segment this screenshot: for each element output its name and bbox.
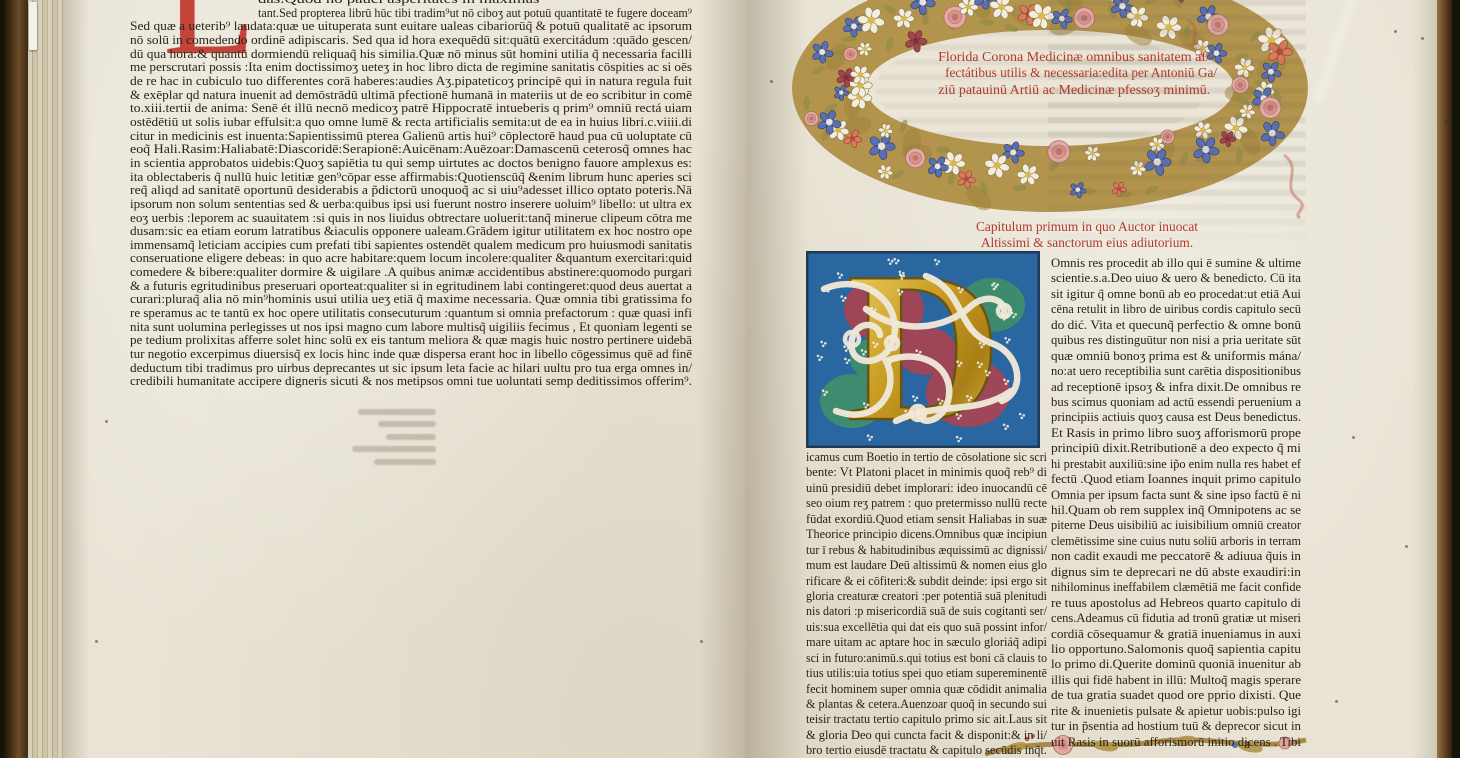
paper-speck — [770, 80, 773, 83]
text-line: quæ omniū bonoʒ prima est & uniformis má… — [1051, 349, 1301, 364]
text-line: curari:pluraq̃ alia nō min⁹hominis usui … — [130, 293, 692, 307]
paper-speck — [700, 640, 703, 643]
text-line: credibili humanitate accipere digneris s… — [130, 375, 692, 389]
paper-speck — [1445, 120, 1448, 123]
text-line: me perscrutari possis :Ita enim doctissi… — [130, 61, 692, 75]
text-line: piterne Deus uisibiliū ac iuisibilium om… — [1051, 518, 1301, 533]
text-line: tur ī rebus & habitudinibus æquissimū ac… — [806, 543, 1047, 558]
text-line: hi prestabit auxiliū:sine ip̃o enim null… — [1051, 457, 1301, 472]
text-line: eoq̃ Hali.Rasim:Haliabatē:Diascoridē:Ser… — [130, 143, 692, 157]
text-line: citur in medicinis est inuenta:Sapientis… — [130, 130, 692, 144]
right-page-column-1: icamus cum Boetio in tertio de cōsolatio… — [806, 450, 1047, 758]
text-line: uinū presidiū debet implorari: ideo inuo… — [806, 481, 1047, 496]
text-line: re speramus ac te tantū ex hoc opere uti… — [130, 307, 692, 321]
text-line: principiis actiuis quoʒ causa est Deus b… — [1051, 410, 1301, 425]
text-line: cens.Adeamus cū fidutia ad tronū gratiæ … — [1051, 611, 1301, 626]
paper-speck — [1335, 700, 1338, 703]
bookmark-tab — [29, 2, 37, 50]
text-line: sit igitur q̃ omne bonū ab eo procedat:u… — [1051, 287, 1301, 302]
text-line: immensamq̃ leticiam accipies cum prefati… — [130, 239, 692, 253]
text-line: fectū .Quod etiam Ioannes inquit primo c… — [1051, 472, 1301, 487]
paper-speck — [1405, 545, 1408, 548]
text-line: to.xiii.tertii de anima: Senē ét illū ne… — [130, 102, 692, 116]
text-line: non cadit exaudi me peccatorē & adiuua q… — [1051, 549, 1301, 564]
text-line: tur negotio excerpimus diuersisq̃ ex loc… — [130, 348, 692, 362]
text-line: de re hac in cubiculo tuo differentes co… — [130, 75, 692, 89]
text-line: tius utilis:uia totius spei quo etiam su… — [806, 666, 1047, 681]
title-caption: Florida Corona Medicinæ omnibus sanitate… — [938, 50, 1210, 99]
illuminated-initial-d: D — [806, 251, 1040, 448]
signature-mark: a — [1244, 736, 1250, 752]
show-through-line — [358, 409, 436, 415]
show-through-line — [352, 446, 436, 452]
right-page: Florida Corona Medicinæ omnibus sanitate… — [746, 0, 1437, 758]
text-line: in scientia approbatos uidebis:Quoʒ sapi… — [130, 157, 692, 171]
text-line: principiū dixit.Retributionē a deo expec… — [1051, 441, 1301, 456]
text-line: nita sunt uolumina perlegisses ut nos ip… — [130, 321, 692, 335]
text-line: fectátibus utilis & necessaria:edita per… — [938, 66, 1210, 82]
text-line: deductum tibi tradimus pro uirbus deprec… — [130, 362, 692, 376]
text-line: ad receptionē ipsoʒ & infra dixit.De omn… — [1051, 380, 1301, 395]
text-line: gloria creaturæ creatori :per potentiā s… — [806, 589, 1047, 604]
floral-wreath — [790, 0, 1310, 218]
text-line: dusam:sic ea etiam eorum latratibus &iac… — [130, 225, 692, 239]
text-line: scientie.s.a.Deo uiuo & uero & benedicto… — [1051, 271, 1301, 286]
show-through-line — [374, 459, 436, 465]
right-page-column-2: Omnis res procedit ab illo qui ē sumine … — [1051, 256, 1301, 750]
red-show-through-mark — [1274, 150, 1314, 220]
text-line: tur in p̃sentia ad hostium tuū & depreco… — [1051, 719, 1301, 734]
text-line: teisir tractatu tertio capitulo primo si… — [806, 712, 1047, 727]
text-line: req̃ aliqd ad sanitatē oportunū desidera… — [130, 184, 692, 198]
text-line: Altissimi & sanctorum eius adiutorium. — [956, 235, 1218, 251]
paper-speck — [95, 640, 98, 643]
paper-speck — [105, 420, 108, 423]
text-line: Capitulum primum in quo Auctor inuocat — [956, 219, 1218, 235]
paper-flaw — [1314, 0, 1357, 103]
text-line: do dić. Vita et quecunq̃ perfectio & omn… — [1051, 318, 1301, 333]
text-line: & gloria Deo qui cuncta facit & disponit… — [806, 728, 1047, 743]
text-line: tant.Sed propterea librū hūc tibi tradim… — [130, 7, 692, 21]
text-line: lio opportuno.Salomonis quoq̃ sapientia … — [1051, 642, 1301, 657]
text-line: rificare & ei cōfiteri:& subdit deinde: … — [806, 574, 1047, 589]
paper-speck — [1421, 37, 1424, 40]
text-line: de tua gratia suadet quod ore pprio dixi… — [1051, 688, 1301, 703]
text-line: nis datori :p misericordiā suā de suis c… — [806, 604, 1047, 619]
text-line: Omnis res procedit ab illo qui ē sumine … — [1051, 256, 1301, 271]
left-page: L das.Quod nō pauci asperitates in maxim… — [64, 0, 746, 758]
text-line: lo primo di.Querite dominū quoniā inueni… — [1051, 657, 1301, 672]
paper-speck — [1352, 436, 1355, 439]
book-binding-edge — [4, 0, 28, 758]
text-line: cordiā cōsequamur & gratiā inueniamus in… — [1051, 627, 1301, 642]
text-line: pe tedium prolixitas afferre solet hinc … — [130, 334, 692, 348]
text-line: ostēdētiū ut solis iubar effulsit:a quo … — [130, 116, 692, 130]
paper-speck — [1394, 30, 1397, 33]
text-line: mare uitam ac aptare hoc in sæculo glori… — [806, 635, 1047, 650]
text-line: bente: Vt Platoni placet in minimis quoq… — [806, 465, 1047, 480]
page-edges-left — [28, 0, 66, 758]
show-through-line — [386, 434, 436, 440]
text-line: fecit hominem super omnia quæ cōdidit an… — [806, 682, 1047, 697]
text-line: illis qui fidē habent in illū: Multoq̃ m… — [1051, 673, 1301, 688]
text-line: Theorice principio dicens.Omnibus quæ in… — [806, 527, 1047, 542]
text-line: & plantas & cetera.Auenzoar quoq̃ in sec… — [806, 697, 1047, 712]
text-line: ita oblectaberis q̃ nullū huic letitiæ g… — [130, 171, 692, 185]
text-line: icamus cum Boetio in tertio de cōsolatio… — [806, 450, 1047, 465]
text-line: Florida Corona Medicinæ omnibus sanitate… — [938, 50, 1210, 66]
text-line: fūdat exordiū.Quod etiam sensit Haliabas… — [806, 512, 1047, 527]
text-line: ziū patauinū Artiū ac Medicinæ pfessoʒ m… — [938, 83, 1210, 99]
text-line: Omnia per ipsum facta sunt & sine ipso f… — [1051, 488, 1301, 503]
text-line: bro tertio eiusdē tractatu & capitulo se… — [806, 743, 1047, 758]
text-line: & exēplar qd natura inuenit ad demōstrād… — [130, 89, 692, 103]
text-line: quibus res distinguūtur non nisi a pria … — [1051, 333, 1301, 348]
incunabulum-book-scan: L das.Quod nō pauci asperitates in maxim… — [0, 0, 1460, 758]
show-through-line — [378, 421, 436, 427]
text-line: nihilominus ineffabilem clæmētiā me faci… — [1051, 580, 1301, 595]
text-line: ipsorum non solum sententias sed & uerba… — [130, 198, 692, 212]
text-line: & a futuris egritudinibus preseruari opo… — [130, 280, 692, 294]
text-line: rite & inuenietis pulsate & apietur uobi… — [1051, 704, 1301, 719]
show-through-list — [344, 402, 436, 465]
text-line: comedere & bibere:qualiter dormire & uig… — [130, 266, 692, 280]
text-line: dū qua hora:& quantū dormiendū reliquaq̃… — [130, 48, 692, 62]
text-line: nō solū in comedendo ordinē adipiscaris.… — [130, 34, 692, 48]
text-line: Et Rasis in primo libro suoʒ afforismorū… — [1051, 426, 1301, 441]
text-line: re tuus apostolus ad Hebreos quarto capi… — [1051, 596, 1301, 611]
text-line: uis:sua excellētia qui dat eis quo suā p… — [806, 620, 1047, 635]
text-line: cēna retulit in libro de uiribus cordis … — [1051, 302, 1301, 317]
text-line: uit Rasis in suorū afforismorū initio di… — [1051, 735, 1301, 750]
text-line: mum est laudare Deū altissimū & nomen ei… — [806, 558, 1047, 573]
text-line: conseruatione eligere debeas: in quo acr… — [130, 252, 692, 266]
text-line: bus scimus quoniam ad actū essendi perue… — [1051, 395, 1301, 410]
fore-edge-right — [1437, 0, 1452, 758]
text-line: dignus sim te deprecari ne dū abste exau… — [1051, 565, 1301, 580]
text-line: no:at uero receptibilia sunt carētia dis… — [1051, 364, 1301, 379]
chapter-heading: Capitulum primum in quo Auctor inuocatAl… — [956, 219, 1218, 251]
text-line: hil.Quam ob rem supplex inq̃ Omnipotens … — [1051, 503, 1301, 518]
text-line: clemētissime sine cuius nutu soliū arbor… — [1051, 534, 1301, 549]
text-line: seo oium reʒ patrem : quo pretermisso nu… — [806, 496, 1047, 511]
text-line: eoʒ uerbis :leporem ac suauitatem :si qu… — [130, 212, 692, 226]
text-line: sci in futuro:animū.s.qui totius est bon… — [806, 651, 1047, 666]
left-page-text-block: das.Quod nō pauci asperitates in maximas… — [130, 0, 692, 389]
text-line: Sed quæ a ueterib⁹ laudata:quæ ue uitupe… — [130, 20, 692, 34]
